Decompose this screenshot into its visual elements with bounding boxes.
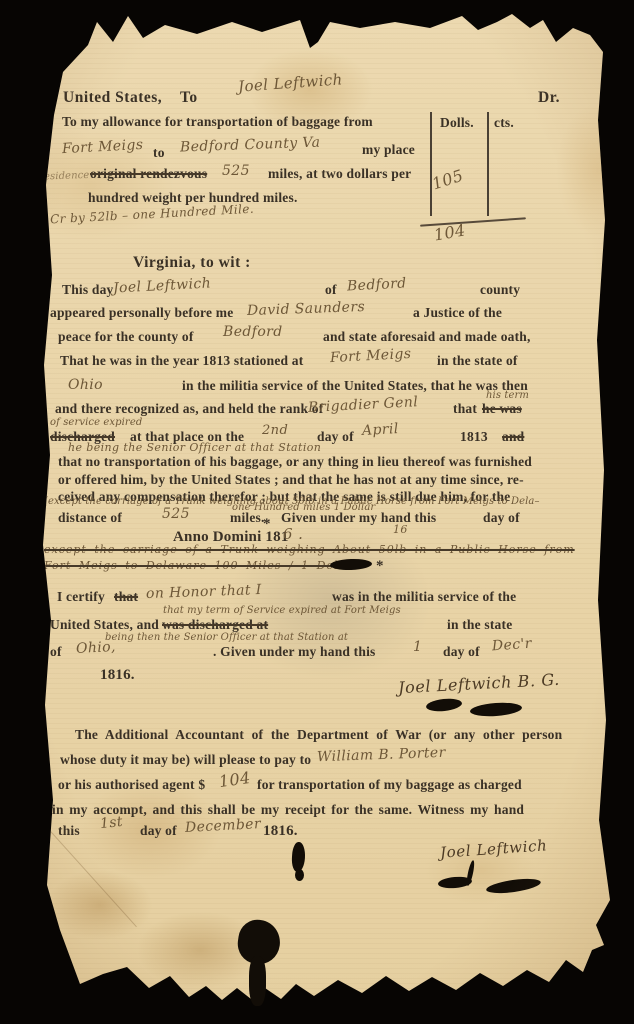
allowance-line: To my allowance for transportation of ba… bbox=[62, 115, 373, 129]
total-rule bbox=[420, 217, 526, 226]
residence-script: of residence bbox=[26, 171, 90, 184]
senior-officer-script: he being the Senior Officer at that Stat… bbox=[68, 442, 321, 454]
station-script: Fort Meigs bbox=[330, 347, 412, 366]
county-script: Bedford bbox=[347, 276, 407, 294]
term-expired-script: that my term of Service expired at Fort … bbox=[163, 606, 401, 617]
state-script-2: Ohio, bbox=[76, 640, 117, 657]
payorder-payee-script: William B. Porter bbox=[317, 746, 446, 765]
column-divider bbox=[487, 112, 489, 216]
weight-line: hundred weight per hundred miles. bbox=[88, 191, 298, 205]
struck-that: that bbox=[114, 590, 138, 604]
signature-ink-blot bbox=[438, 876, 473, 890]
cert-year: 1816. bbox=[100, 668, 135, 684]
day-of-3: day of bbox=[443, 645, 480, 659]
payorder-day-script: 1st bbox=[99, 815, 123, 832]
struck-and: and bbox=[502, 430, 524, 444]
justice-name-script: David Saunders bbox=[247, 300, 366, 319]
payorder-line-4: in my accompt, and this shall be my rece… bbox=[52, 803, 524, 817]
of-word-2: of bbox=[50, 645, 62, 659]
credit-note-script: Cr by 52lb – one Hundred Mile. bbox=[50, 203, 255, 226]
payorder-year: 1816. bbox=[263, 824, 298, 840]
destination-script: Bedford County Va bbox=[180, 136, 321, 156]
transport-line-2: or offered him, by the United States ; a… bbox=[58, 473, 524, 487]
hundred-interline-script: one Hundred miles 1 Dollar bbox=[232, 503, 375, 514]
signature-leftwich: Joel Leftwich bbox=[440, 838, 548, 861]
rate-line: miles, at two dollars per bbox=[268, 167, 411, 181]
year-line: That he was in the year 1813 stationed a… bbox=[60, 354, 303, 368]
to-word: to bbox=[153, 146, 165, 160]
struck-he-was: he was bbox=[482, 402, 522, 416]
payorder-day-of: day of bbox=[140, 824, 177, 838]
year-value: 1813 bbox=[460, 430, 488, 444]
struck-discharged: discharged bbox=[50, 430, 115, 444]
strike-ink-blot bbox=[330, 558, 372, 570]
to-label: To bbox=[180, 90, 198, 106]
miles-word: miles. bbox=[230, 511, 265, 525]
his-term-script: his term bbox=[486, 391, 529, 402]
given-line-2: . Given under my hand this bbox=[213, 645, 376, 659]
signature-ink-stroke bbox=[465, 860, 475, 886]
struck-rendezvous: original rendezvous bbox=[90, 167, 207, 181]
transport-line-3: ceived any compensation therefor ; but t… bbox=[58, 490, 510, 504]
justice-title: a Justice of the bbox=[413, 306, 502, 320]
appeared-line: appeared personally before me bbox=[50, 306, 233, 320]
united-states-and: United States, and bbox=[50, 618, 159, 632]
rank-line: and there recognized as, and held the ra… bbox=[55, 402, 323, 416]
anno-domini-printed: Anno Domini 181 bbox=[173, 530, 289, 546]
cts-column-header: cts. bbox=[494, 116, 514, 130]
miles-asterisk: * bbox=[263, 517, 271, 533]
county-word: county bbox=[480, 283, 520, 297]
paper-sheet: United States, To Joel Leftwich Dr. To m… bbox=[0, 0, 634, 1024]
dr-label: Dr. bbox=[538, 90, 560, 106]
payorder-this: this bbox=[58, 824, 80, 838]
peace-line: peace for the county of bbox=[58, 330, 194, 344]
except-interline-script: (except the carriage of a Trunk weighing… bbox=[44, 497, 540, 508]
certify-militia-line: was in the militia service of the bbox=[332, 590, 516, 604]
signature-ink-blot bbox=[470, 701, 523, 718]
signature-ink-blot bbox=[425, 697, 462, 713]
given-line: Given under my hand this bbox=[281, 511, 436, 525]
oath-line: and state aforesaid and made oath, bbox=[323, 330, 531, 344]
amount-dollars-script: 105 bbox=[430, 168, 465, 194]
transport-line-1: that no transportation of his baggage, o… bbox=[58, 455, 532, 469]
struck-was-discharged: was discharged at bbox=[162, 618, 268, 632]
peace-county-script: Bedford bbox=[223, 325, 283, 340]
distance-of: distance of bbox=[58, 511, 122, 525]
dolls-column-header: Dolls. bbox=[440, 116, 474, 130]
deponent-script: Joel Leftwich bbox=[113, 276, 212, 296]
payorder-line-3b: for transportation of my baggage as char… bbox=[257, 778, 522, 792]
payee-name-script: Joel Leftwich bbox=[238, 72, 344, 95]
column-divider bbox=[430, 112, 432, 216]
origin-script: Fort Meigs bbox=[62, 138, 144, 157]
struck-block-asterisk: * bbox=[376, 559, 384, 575]
total-script: 104 bbox=[433, 222, 467, 244]
rank-script: Brigadier Genl bbox=[308, 395, 419, 415]
cert-day-script: 1 bbox=[413, 640, 422, 655]
sixteen-script: 16 bbox=[393, 524, 408, 536]
my-place-label: my place bbox=[362, 143, 415, 157]
i-certify: I certify bbox=[57, 590, 105, 604]
of-service-script: of service expired bbox=[50, 418, 142, 429]
cert-month-script: Dec'r bbox=[492, 637, 533, 654]
miles-value-script: 525 bbox=[222, 164, 250, 179]
distance-script: 525 bbox=[162, 507, 190, 522]
virginia-heading: Virginia, to wit : bbox=[133, 255, 251, 271]
united-states-label: United States, bbox=[63, 90, 162, 106]
payorder-line-3a: or his authorised agent $ bbox=[58, 778, 205, 792]
payorder-line-2: whose duty it may be) will please to pay… bbox=[60, 753, 311, 767]
ink-drip-blot bbox=[291, 842, 306, 873]
senior-officer-script-2: being then the Senior Officer at that St… bbox=[105, 633, 348, 644]
burn-hole-stem bbox=[249, 956, 266, 1006]
day-of-label: day of bbox=[317, 430, 354, 444]
day-number-script: 2nd bbox=[262, 424, 288, 438]
signature-ink-blot bbox=[485, 876, 541, 896]
margin-asterisk: ** bbox=[30, 500, 44, 514]
struck-except-line-1: except the carriage of a Trunk weighing … bbox=[44, 544, 575, 556]
state-script: Ohio bbox=[68, 378, 103, 393]
on-honor-script: on Honor that I bbox=[146, 583, 262, 602]
of-word: of bbox=[325, 283, 337, 297]
in-the-state: in the state bbox=[447, 618, 512, 632]
struck-except-line-2: Fort Meigs to Delaware 100 Miles / 1 Dol… bbox=[44, 560, 357, 572]
militia-line: in the militia service of the United Sta… bbox=[182, 379, 528, 393]
payorder-month-script: December bbox=[185, 817, 262, 836]
ink-drip-blot bbox=[295, 869, 304, 881]
day-of-2: day of bbox=[483, 511, 520, 525]
payorder-line-1: The Additional Accountant of the Departm… bbox=[75, 728, 562, 742]
place-line: at that place on the bbox=[130, 430, 244, 444]
credit-asterisk: * bbox=[33, 213, 40, 227]
that-word: that bbox=[453, 402, 477, 416]
state-line: in the state of bbox=[437, 354, 518, 368]
month-script: April bbox=[362, 422, 399, 439]
this-day: This day bbox=[62, 283, 114, 297]
anno-six-script: 6 . bbox=[283, 527, 303, 543]
signature-leftwich-bg: Joel Leftwich B. G. bbox=[398, 672, 561, 697]
paper-crease bbox=[49, 830, 137, 927]
payorder-amount-script: 104 bbox=[218, 770, 252, 791]
document-photo: United States, To Joel Leftwich Dr. To m… bbox=[0, 0, 634, 1024]
